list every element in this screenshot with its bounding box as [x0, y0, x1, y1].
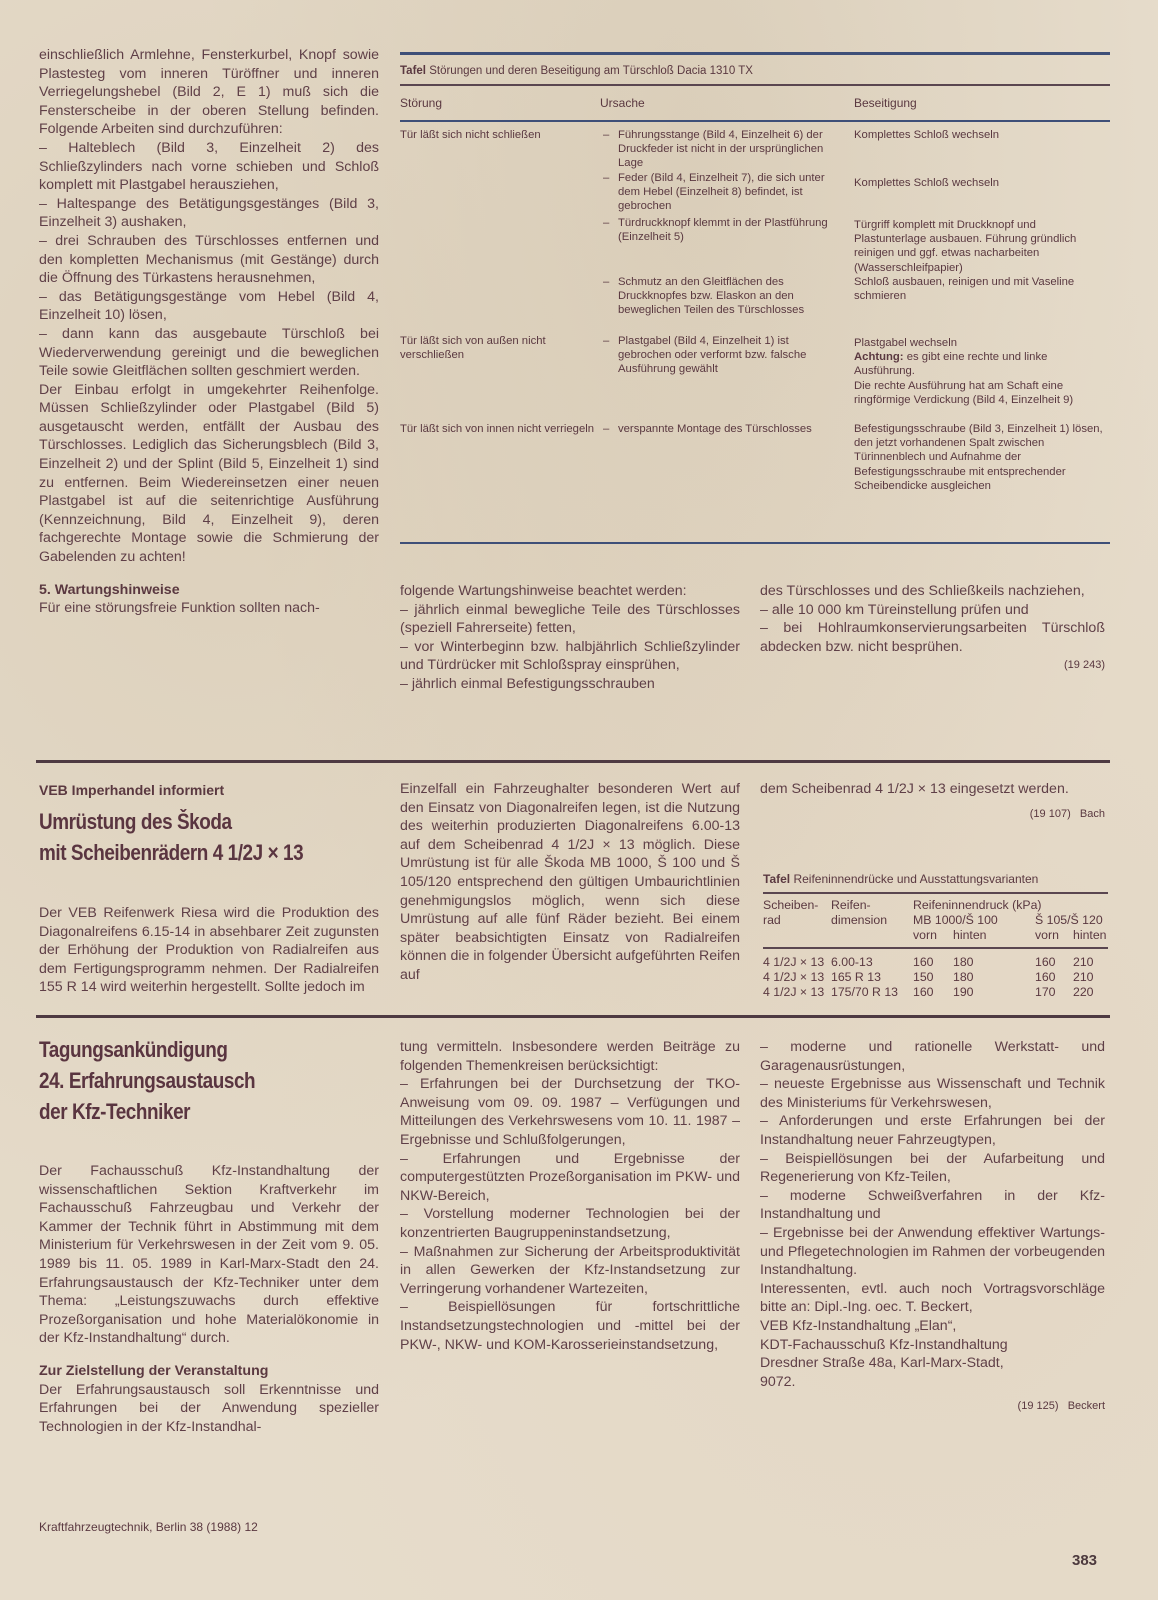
- section-divider: [36, 760, 1110, 763]
- paragraph: – Halteblech (Bild 3, Einzelheit 2) des …: [39, 139, 379, 195]
- caption-text: Störungen und deren Beseitigung am Türsc…: [429, 65, 753, 77]
- article-headline: Umrüstung des Škoda mit Scheibenrädern 4…: [39, 806, 331, 868]
- row6-stoerung: Tür läßt sich von innen nicht verriegeln: [400, 422, 595, 436]
- headline-line: Tagungsankündigung: [39, 1034, 366, 1065]
- page-number: 383: [1072, 1552, 1097, 1569]
- header-reifendimension: Reifen-: [831, 898, 871, 914]
- section-divider: [36, 1015, 1110, 1018]
- header-scheibenrad: Scheiben-: [763, 898, 818, 914]
- contact-address: VEB Kfz-Instandhaltung „Elan“, KDT-Facha…: [760, 1317, 1105, 1391]
- paragraph: dem Scheibenrad 4 1/2J × 13 eingesetzt w…: [760, 780, 1105, 799]
- row5-stoerung: Tür läßt sich von außen nicht verschließ…: [400, 334, 595, 362]
- beseitigung-extra: Die rechte Ausführung hat am Schaft eine…: [854, 379, 1104, 407]
- cell-v1: 160: [913, 955, 934, 971]
- caption-label: Tafel: [763, 872, 790, 886]
- row4-ursache: Schmutz an den Gleitflächen des Druckkno…: [618, 275, 833, 318]
- table2-header-rule: [763, 947, 1108, 949]
- tagung-column-2: tung vermitteln. Insbesondere werden Bei…: [400, 1038, 740, 1354]
- address-line: VEB Kfz-Instandhaltung „Elan“,: [760, 1317, 1105, 1336]
- paragraph: – das Betätigungsgestänge vom Hebel (Bil…: [39, 288, 379, 325]
- row3-ursache: Türdruckknopf klemmt in der Plastführung…: [618, 216, 833, 244]
- headline-line: der Kfz-Techniker: [39, 1096, 366, 1127]
- bullet-dash: –: [603, 216, 609, 230]
- list-item: – jährlich einmal Befestigungsschrauben: [400, 675, 740, 694]
- list-item: – bei Hohlraumkonservierungsarbeiten Tür…: [760, 619, 1105, 656]
- headline-line: 24. Erfahrungsaustausch: [39, 1065, 366, 1096]
- paragraph: – drei Schrauben des Türschlosses entfer…: [39, 232, 379, 288]
- author: Beckert: [1068, 1400, 1105, 1412]
- paragraph: Der Einbau erfolgt in umgekehrter Reihen…: [39, 381, 379, 567]
- header-scheibenrad-2: rad: [763, 913, 781, 929]
- cell-v1: 150: [913, 970, 934, 986]
- header-beseitigung: Beseitigung: [854, 96, 917, 110]
- header-ursache: Ursache: [600, 96, 645, 110]
- header-vorn: vorn: [1035, 928, 1059, 944]
- list-item: – Erfahrungen und Ergebnisse der compute…: [400, 1150, 740, 1206]
- header-reifeninnendruck: Reifeninnendruck (kPa): [913, 898, 1042, 914]
- table-tire-pressure: Tafel Reifeninnendrücke und Ausstattungs…: [763, 872, 1108, 1002]
- skoda-column-2: Einzelfall ein Fahrzeughalter besonderen…: [400, 780, 740, 985]
- header-hinten: hinten: [953, 928, 987, 944]
- wartung-column-3: des Türschlosses und des Schließkeils na…: [760, 582, 1105, 675]
- row4-beseitigung: Schloß ausbauen, reinigen und mit Vaseli…: [854, 275, 1104, 303]
- paragraph: Der VEB Reifenwerk Riesa wird die Produk…: [39, 904, 379, 997]
- author: Bach: [1080, 808, 1105, 820]
- paragraph: Einzelfall ein Fahrzeughalter besonderen…: [400, 780, 740, 985]
- list-item: – vor Winterbeginn bzw. halbjährlich Sch…: [400, 638, 740, 675]
- cell-v2: 160: [1035, 955, 1056, 971]
- cell-v1: 160: [913, 985, 934, 1001]
- row5-ursache: Plastgabel (Bild 4, Einzelheit 1) ist ge…: [618, 334, 833, 377]
- list-item: – Anforderungen und erste Erfahrungen be…: [760, 1112, 1105, 1149]
- paragraph: einschließlich Armlehne, Fensterkurbel, …: [39, 46, 379, 139]
- cell-dim: 175/70 R 13: [831, 985, 898, 1001]
- cell-h2: 210: [1073, 955, 1094, 971]
- cell-h2: 210: [1073, 970, 1094, 986]
- cell-h1: 180: [953, 955, 974, 971]
- row1-ursache: Führungsstange (Bild 4, Einzelheit 6) de…: [618, 128, 833, 171]
- byline: (19 125) Beckert: [760, 1397, 1105, 1416]
- achtung-note: Achtung: es gibt eine rechte und linke A…: [854, 350, 1104, 378]
- list-item: – alle 10 000 km Türeinstellung prüfen u…: [760, 601, 1105, 620]
- article-door-lock-left-column: einschließlich Armlehne, Fensterkurbel, …: [39, 46, 379, 618]
- cell-v2: 170: [1035, 985, 1056, 1001]
- skoda-column-1: Der VEB Reifenwerk Riesa wird die Produk…: [39, 904, 379, 997]
- table1-header-rule: [400, 84, 1110, 86]
- cell-dim: 6.00-13: [831, 955, 873, 971]
- achtung-label: Achtung:: [854, 351, 904, 363]
- headline-line: Umrüstung des Škoda: [39, 806, 331, 837]
- caption-label: Tafel: [400, 65, 426, 77]
- table1-header-bottom-rule: [400, 120, 1110, 122]
- cell-rad: 4 1/2J × 13: [763, 985, 824, 1001]
- skoda-column-3: dem Scheibenrad 4 1/2J × 13 eingesetzt w…: [760, 780, 1105, 823]
- row1-stoerung: Tür läßt sich nicht schließen: [400, 128, 590, 142]
- paragraph: Der Fachausschuß Kfz-Instandhaltung der …: [39, 1162, 379, 1348]
- list-item: – Ergebnisse bei der Anwendung effektive…: [760, 1224, 1105, 1280]
- address-line: KDT-Fachausschuß Kfz-Instandhaltung: [760, 1336, 1105, 1355]
- paragraph: – Haltespange des Betätigungsgestänges (…: [39, 195, 379, 232]
- reference-number: (19 243): [760, 656, 1105, 675]
- row1-beseitigung: Komplettes Schloß wechseln: [854, 128, 1104, 142]
- table1-top-rule: [400, 52, 1110, 55]
- list-item: – jährlich einmal bewegliche Teile des T…: [400, 601, 740, 638]
- row3-beseitigung: Türgriff komplett mit Druckknopf und Pla…: [854, 218, 1104, 275]
- sub-heading: Zur Zielstellung der Veranstaltung: [39, 1362, 379, 1381]
- bullet-dash: –: [603, 171, 609, 185]
- paragraph: Für eine störungsfreie Funktion sollten …: [39, 599, 379, 618]
- list-item: – neueste Ergebnisse aus Wissenschaft un…: [760, 1075, 1105, 1112]
- address-line: Dresdner Straße 48a, Karl-Marx-Stadt,: [760, 1354, 1105, 1373]
- cell-rad: 4 1/2J × 13: [763, 955, 824, 971]
- header-vorn: vorn: [913, 928, 937, 944]
- list-item: – Erfahrungen bei der Durchsetzung der T…: [400, 1075, 740, 1149]
- header-reifendimension-2: dimension: [831, 913, 887, 929]
- paragraph: Interessenten, evtl. auch noch Vortragsv…: [760, 1280, 1105, 1317]
- byline: (19 107) Bach: [760, 805, 1105, 824]
- beseitigung-text: Plastgabel wechseln: [854, 336, 1104, 350]
- paragraph: tung vermitteln. Insbesondere werden Bei…: [400, 1038, 740, 1075]
- reference-number: (19 107): [1030, 808, 1071, 820]
- paragraph: folgende Wartungshinweise beachtet werde…: [400, 582, 740, 601]
- journal-footer: Kraftfahrzeugtechnik, Berlin 38 (1988) 1…: [39, 1520, 258, 1534]
- header-group-mb1000: MB 1000/Š 100: [913, 913, 998, 929]
- skoda-article-heading: VEB Imperhandel informiert Umrüstung des…: [39, 782, 379, 868]
- cell-dim: 165 R 13: [831, 970, 881, 986]
- caption-text: Reifeninnendrücke und Ausstattungsvarian…: [793, 872, 1038, 886]
- list-item: – Beispiellösungen für fortschrittliche …: [400, 1298, 740, 1354]
- table1-caption: Tafel Störungen und deren Beseitigung am…: [400, 64, 753, 78]
- table-door-lock-faults: Tafel Störungen und deren Beseitigung am…: [400, 56, 1110, 546]
- bullet-dash: –: [603, 128, 609, 142]
- cell-v2: 160: [1035, 970, 1056, 986]
- address-line: 9072.: [760, 1373, 1105, 1392]
- section-heading: 5. Wartungshinweise: [39, 581, 379, 600]
- header-hinten: hinten: [1073, 928, 1107, 944]
- list-item: – moderne Schweißverfahren in der Kfz-In…: [760, 1187, 1105, 1224]
- row2-beseitigung: Komplettes Schloß wechseln: [854, 176, 1104, 190]
- header-group-s105: Š 105/Š 120: [1035, 913, 1103, 929]
- reference-number: (19 125): [1018, 1400, 1059, 1412]
- list-item: – Beispiellösungen bei der Aufarbeitung …: [760, 1150, 1105, 1187]
- bullet-dash: –: [603, 334, 609, 348]
- article-kicker: VEB Imperhandel informiert: [39, 782, 379, 798]
- row6-beseitigung: Befestigungsschraube (Bild 3, Einzelheit…: [854, 422, 1104, 493]
- tagung-headline: Tagungsankündigung 24. Erfahrungsaustaus…: [39, 1034, 366, 1127]
- paragraph: – dann kann das ausgebaute Türschloß bei…: [39, 325, 379, 381]
- wartung-column-2: folgende Wartungshinweise beachtet werde…: [400, 582, 740, 694]
- cell-h1: 190: [953, 985, 974, 1001]
- list-item: – Maßnahmen zur Sicherung der Arbeitspro…: [400, 1243, 740, 1299]
- bullet-dash: –: [603, 422, 609, 436]
- row6-ursache: verspannte Montage des Türschlosses: [618, 422, 833, 436]
- tagung-column-3: – moderne und rationelle Werkstatt- und …: [760, 1038, 1105, 1416]
- cell-rad: 4 1/2J × 13: [763, 970, 824, 986]
- list-item: – Vorstellung moderner Technologien bei …: [400, 1205, 740, 1242]
- table2-caption: Tafel Reifeninnendrücke und Ausstattungs…: [763, 872, 1038, 888]
- bullet-dash: –: [603, 275, 609, 289]
- cell-h1: 180: [953, 970, 974, 986]
- tagung-column-1: Der Fachausschuß Kfz-Instandhaltung der …: [39, 1162, 379, 1436]
- list-item: – moderne und rationelle Werkstatt- und …: [760, 1038, 1105, 1075]
- table1-bottom-rule: [400, 542, 1110, 544]
- headline-line: mit Scheibenrädern 4 1/2J × 13: [39, 837, 331, 868]
- header-stoerung: Störung: [400, 96, 442, 110]
- paragraph: Der Erfahrungsaustausch soll Erkenntniss…: [39, 1381, 379, 1437]
- row5-beseitigung: Plastgabel wechseln Achtung: es gibt ein…: [854, 336, 1104, 407]
- cell-h2: 220: [1073, 985, 1094, 1001]
- paragraph: des Türschlosses und des Schließkeils na…: [760, 582, 1105, 601]
- table2-top-rule: [763, 892, 1108, 894]
- row2-ursache: Feder (Bild 4, Einzelheit 7), die sich u…: [618, 171, 833, 214]
